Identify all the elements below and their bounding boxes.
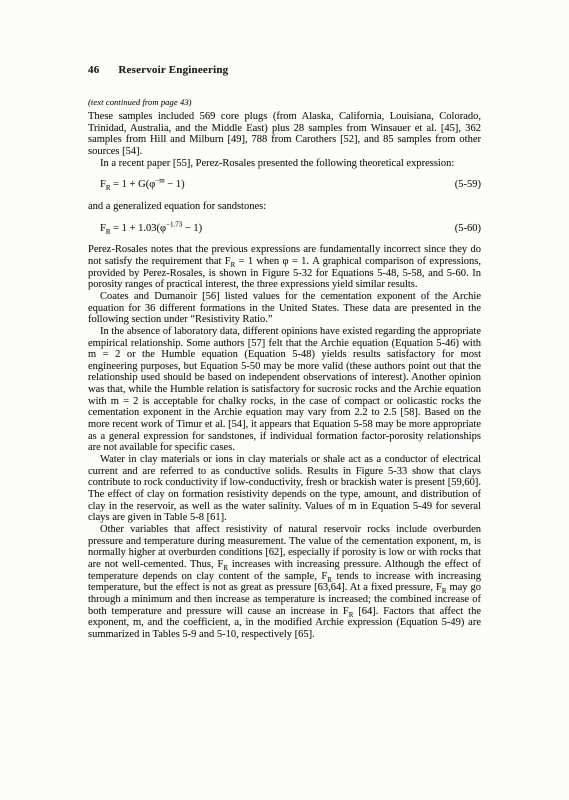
paragraph-recent-paper: In a recent paper [55], Perez-Rosales pr… [88,158,481,170]
body-text: These samples included 569 core plugs (f… [88,111,481,641]
page-number: 46 [88,64,99,76]
paragraph-coates-dumanoir: Coates and Dumanoir [56] listed values f… [88,291,481,326]
equation-5-59-number: (5-59) [455,179,481,191]
running-head-title: Reservoir Engineering [118,64,228,76]
equation-5-60: FR = 1 + 1.03(φ−1.73 − 1) (5-60) [88,223,481,235]
paragraph-other-variables: Other variables that affect resistivity … [88,524,481,641]
paragraph-samples: These samples included 569 core plugs (f… [88,111,481,158]
book-page: 46 Reservoir Engineering (text continued… [0,0,569,800]
equation-5-60-body: FR = 1 + 1.03(φ−1.73 − 1) [100,223,202,235]
page-header: 46 Reservoir Engineering [88,64,481,76]
paragraph-equation-link: and a generalized equation for sandstone… [88,201,481,213]
paragraph-water-in-clay: Water in clay materials or ions in clay … [88,454,481,524]
equation-5-60-number: (5-60) [455,223,481,235]
continued-from-note: (text continued from page 43) [88,97,481,107]
equation-5-59-body: FR = 1 + G(φ−m − 1) [100,179,185,191]
paragraph-perez-rosales-notes: Perez-Rosales notes that the previous ex… [88,244,481,291]
paragraph-laboratory-data-opinions: In the absence of laboratory data, diffe… [88,326,481,454]
equation-5-59: FR = 1 + G(φ−m − 1) (5-59) [88,179,481,191]
